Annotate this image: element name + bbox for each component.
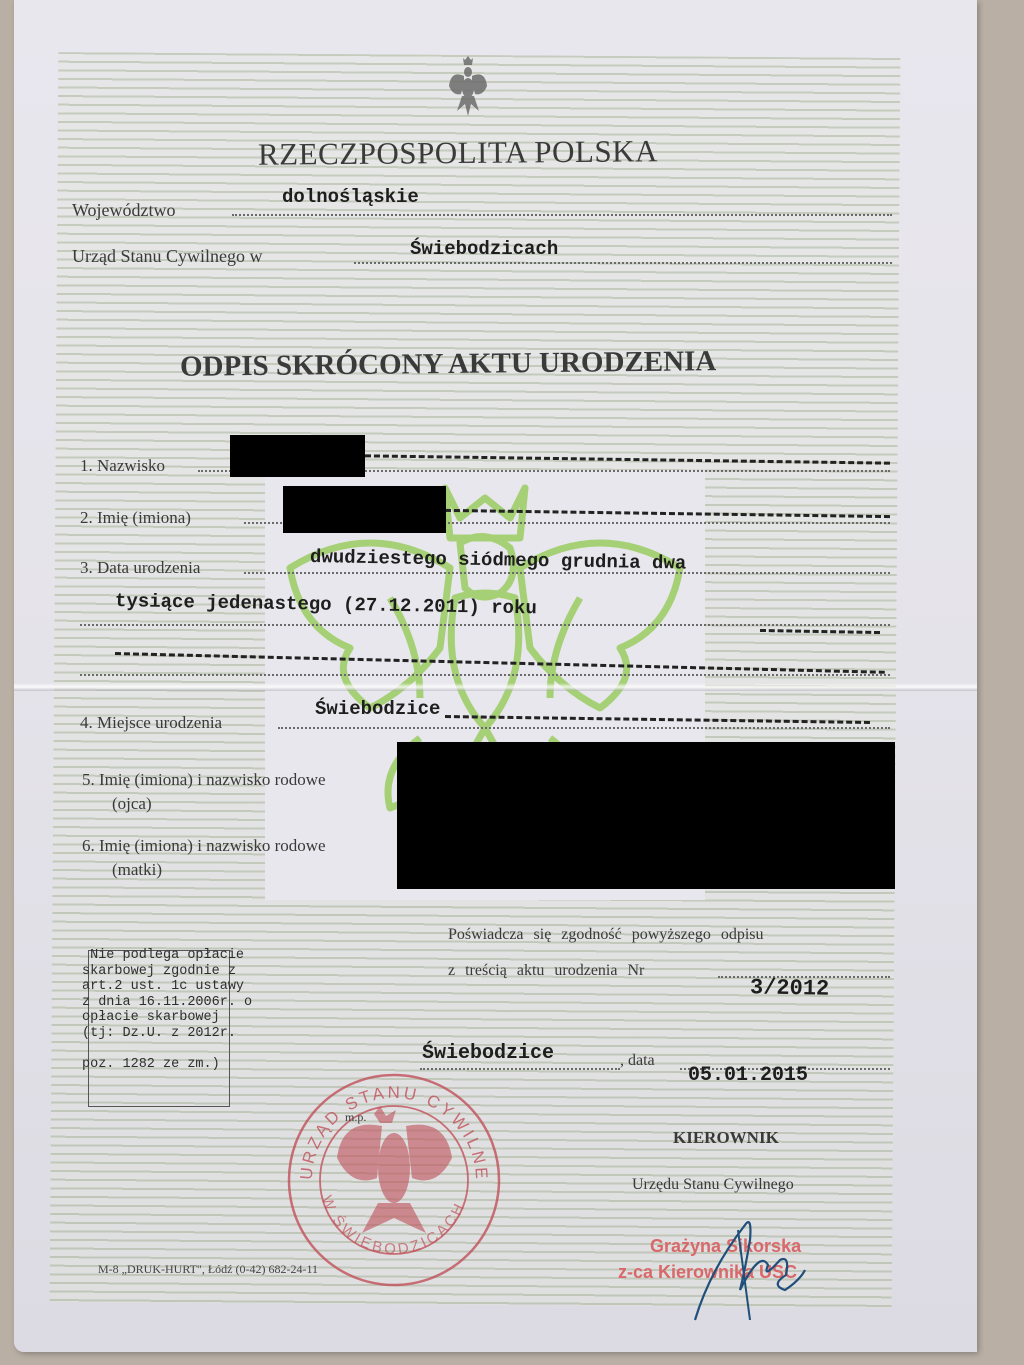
certification-line1: Poświadcza się zgodność powyższego odpis… — [448, 926, 764, 944]
certification-line2: z treścią aktu urodzenia Nr — [448, 962, 644, 980]
field-father-label: 5. Imię (imiona) i nazwisko rodowe — [82, 770, 326, 790]
field-birth-place-dotted-line — [278, 727, 890, 729]
field-birth-date-dotted-line-3 — [80, 674, 890, 676]
field-mother-sublabel: (matki) — [112, 860, 162, 880]
date-label: , data — [620, 1052, 655, 1070]
registry-office-dotted-line — [354, 262, 892, 264]
field-birth-date-dotted-line-2 — [80, 624, 890, 626]
registry-office-label: Urząd Stanu Cywilnego w — [72, 246, 262, 267]
country-header: RZECZPOSPOLITA POLSKA — [258, 133, 658, 172]
redacted-surname — [230, 435, 365, 477]
redacted-parents — [397, 742, 895, 889]
place-value: Świebodzice — [422, 1042, 554, 1065]
field-mother-label: 6. Imię (imiona) i nazwisko rodowe — [82, 836, 326, 856]
seal-placement-label: m.p. — [345, 1110, 366, 1125]
date-value: 05.01.2015 — [688, 1064, 808, 1087]
field-surname-label: 1. Nazwisko — [80, 456, 165, 476]
tax-note-line: opłacie skarbowej — [82, 1010, 220, 1025]
field-given-names-label: 2. Imię (imiona) — [80, 508, 191, 528]
tax-note-line: skarbowej zgodnie z — [82, 964, 236, 979]
polish-eagle-emblem-icon — [447, 56, 489, 126]
tax-note-line: z dnia 16.11.2006r. o — [82, 995, 252, 1010]
tax-note-line: art.2 ust. 1c ustawy — [82, 979, 244, 994]
voivodeship-value: dolnośląskie — [282, 186, 419, 208]
tax-note-line: (tj: Dz.U. z 2012r. — [82, 1026, 236, 1041]
field-birth-place-label: 4. Miejsce urodzenia — [80, 713, 222, 733]
tax-note-line: poz. 1282 ze zm.) — [82, 1057, 220, 1072]
act-number-value: 3/2012 — [750, 975, 830, 1001]
official-seal-stamp-icon: URZĄD STANU CYWILNEGO W ŚWIEBODZICACH — [282, 1068, 507, 1293]
tax-exemption-note: Nie podlega opłacie skarbowej zgodnie z … — [82, 948, 252, 1072]
redacted-given-names — [283, 486, 446, 533]
field-birth-date-label: 3. Data urodzenia — [80, 558, 200, 578]
voivodeship-dotted-line — [232, 214, 892, 216]
document-title: ODPIS SKRÓCONY AKTU URODZENIA — [180, 345, 717, 384]
field-father-sublabel: (ojca) — [112, 794, 152, 814]
voivodeship-label: Województwo — [72, 200, 176, 221]
tax-note-line: Nie podlega opłacie — [82, 948, 244, 963]
handwritten-signature-icon — [690, 1210, 810, 1330]
field-birth-place-value: Świebodzice — [315, 698, 440, 720]
signatory-office: Urzędu Stanu Cywilnego — [632, 1176, 794, 1194]
signatory-title: KIEROWNIK — [673, 1128, 779, 1148]
paper-fold-crease — [14, 683, 977, 691]
printer-footer: M-8 „DRUK-HURT", Łódź (0-42) 682-24-11 — [98, 1262, 318, 1277]
registry-office-value: Świebodzicach — [410, 238, 558, 260]
